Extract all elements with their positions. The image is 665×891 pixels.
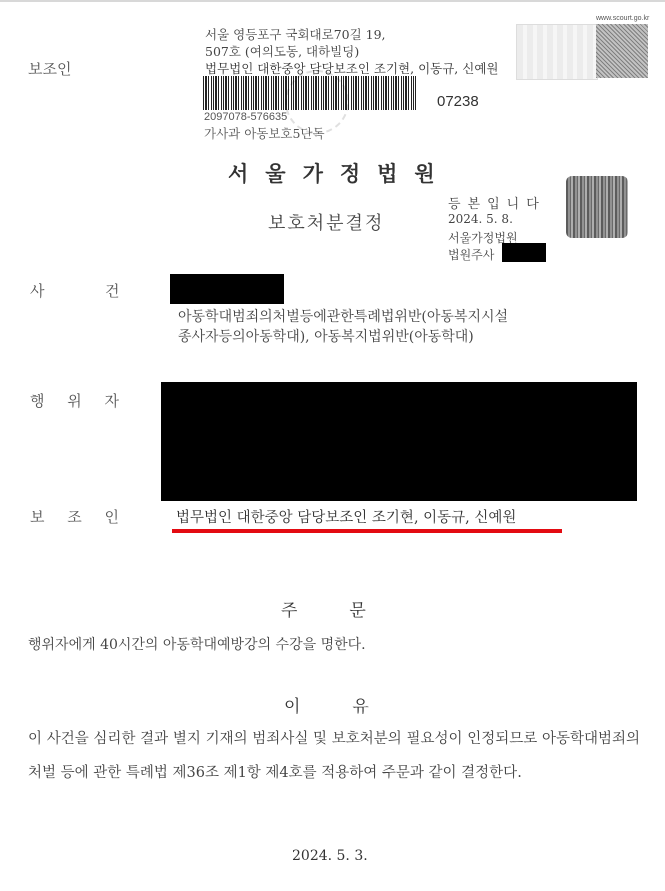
redacted-clerk-name <box>502 243 546 262</box>
redacted-case-number <box>170 274 284 304</box>
certified-copy-text: 등본입니다 <box>448 193 546 212</box>
assistant-label: 보 조 인 <box>30 506 119 527</box>
official-seal-icon <box>566 176 628 238</box>
verification-code-icon <box>596 24 648 78</box>
department: 가사과 아동보호5단독 <box>204 124 325 142</box>
certification-date: 2024. 5. 8. <box>448 212 513 226</box>
actor-label: 행 위 자 <box>30 390 119 411</box>
redacted-actor-info <box>161 382 637 501</box>
case-label-2: 건 <box>105 280 120 301</box>
reason-text: 이 사건을 심리한 결과 별지 기재의 범죄사실 및 보호처분의 필요성이 인정… <box>28 722 640 790</box>
page-top-border <box>0 0 665 2</box>
address-line-1: 서울 영등포구 국회대로70길 19, <box>205 25 386 43</box>
address-line-2: 507호 (여의도동, 대하빌딩) <box>205 42 359 60</box>
case-label-1: 사 <box>30 280 45 301</box>
document-title: 보호처분결정 <box>268 209 384 235</box>
assistant-value: 법무법인 대한중앙 담당보조인 조기현, 이동규, 신예원 <box>176 506 516 527</box>
envelope-recipient-label: 보조인 <box>28 58 71 79</box>
decision-date: 2024. 5. 3. <box>292 848 368 864</box>
barcode-number: 2097078-576635 <box>204 111 287 123</box>
envelope-recipient: 법무법인 대한중앙 담당보조인 조기현, 이동규, 신예원 <box>205 59 498 77</box>
clerk-label: 법원주사 <box>448 246 494 263</box>
order-text: 행위자에게 40시간의 아동학대예방강의 수강을 명한다. <box>28 634 366 654</box>
website-url: www.scourt.go.kr <box>596 15 649 22</box>
postal-code: 07238 <box>437 93 479 110</box>
reason-heading: 이유 <box>284 692 421 717</box>
highlight-underline <box>172 529 562 533</box>
order-heading: 주문 <box>281 596 418 621</box>
case-description: 아동학대범죄의처벌등에관한특례법위반(아동복지시설종사자등의아동학대), 아동복… <box>178 307 518 347</box>
court-name: 서울가정법원 <box>228 158 452 188</box>
security-pattern <box>516 24 598 80</box>
